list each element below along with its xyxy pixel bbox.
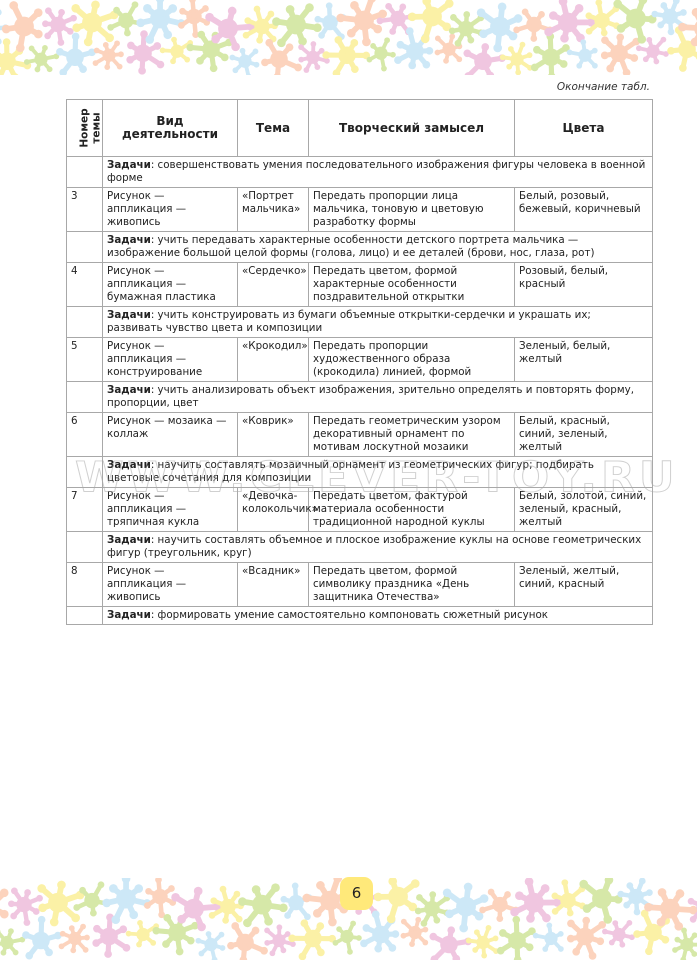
theme-cell: «Сердечко» [238,263,309,307]
empty-number-cell [67,607,103,625]
task-text: : совершенствовать умения последовательн… [107,159,645,184]
activity-cell: Рисунок — аппликация — живопись [103,188,238,232]
colors-cell: Белый, розовый, бежевый, коричневый [515,188,653,232]
empty-number-cell [67,157,103,188]
task-label: Задачи [107,234,151,246]
task-label: Задачи [107,609,151,621]
topic-number: 8 [67,563,103,607]
task-label: Задачи [107,384,151,396]
creative-idea-cell: Передать цветом, формой символику праздн… [309,563,515,607]
theme-cell: «Крокодил» [238,338,309,382]
topic-number: 5 [67,338,103,382]
task-description: Задачи: научить составлять объемное и пл… [103,532,653,563]
lesson-row: 7Рисунок — аппликация — тряпичная кукла«… [67,488,653,532]
activity-cell: Рисунок — аппликация — тряпичная кукла [103,488,238,532]
header-theme: Тема [238,100,309,157]
header-creative-idea: Творческий замысел [309,100,515,157]
theme-cell: «Коврик» [238,413,309,457]
task-text: : научить составлять мозаичный орнамент … [107,459,594,484]
creative-idea-cell: Передать пропорции художественного образ… [309,338,515,382]
task-row: Задачи: учить передавать характерные осо… [67,232,653,263]
empty-number-cell [67,457,103,488]
colors-cell: Розовый, белый, красный [515,263,653,307]
task-description: Задачи: формировать умение самостоятельн… [103,607,653,625]
lesson-row: 6Рисунок — мозаика — коллаж«Коврик»Перед… [67,413,653,457]
page-number: 6 [340,877,373,910]
activity-cell: Рисунок — аппликация — конструирование [103,338,238,382]
topic-number: 7 [67,488,103,532]
task-row: Задачи: учить конструировать из бумаги о… [67,307,653,338]
task-row: Задачи: формировать умение самостоятельн… [67,607,653,625]
creative-idea-cell: Передать пропорции лица мальчика, тонову… [309,188,515,232]
empty-number-cell [67,307,103,338]
task-label: Задачи [107,309,151,321]
task-text: : научить составлять объемное и плоское … [107,534,641,559]
lesson-row: 5Рисунок — аппликация — конструирование«… [67,338,653,382]
lesson-row: 4Рисунок — аппликация — бумажная пластик… [67,263,653,307]
topic-number: 6 [67,413,103,457]
lesson-row: 8Рисунок — аппликация — живопись«Всадник… [67,563,653,607]
task-row: Задачи: научить составлять объемное и пл… [67,532,653,563]
task-label: Задачи [107,534,151,546]
task-text: : формировать умение самостоятельно комп… [151,609,548,621]
task-text: : учить анализировать объект изображения… [107,384,634,409]
task-row: Задачи: учить анализировать объект изобр… [67,382,653,413]
creative-idea-cell: Передать цветом, фактурой материала особ… [309,488,515,532]
task-row: Задачи: научить составлять мозаичный орн… [67,457,653,488]
task-description: Задачи: учить передавать характерные осо… [103,232,653,263]
activity-cell: Рисунок — аппликация — живопись [103,563,238,607]
header-activity: Вид деятельности [103,100,238,157]
activity-cell: Рисунок — мозаика — коллаж [103,413,238,457]
table-header-row: Номертемы Вид деятельности Тема Творческ… [67,100,653,157]
task-description: Задачи: учить анализировать объект изобр… [103,382,653,413]
header-colors: Цвета [515,100,653,157]
theme-cell: «Портрет мальчика» [238,188,309,232]
topic-number: 3 [67,188,103,232]
task-text: : учить передавать характерные особеннос… [107,234,594,259]
colors-cell: Зеленый, белый, желтый [515,338,653,382]
colors-cell: Белый, золотой, синий, зеленый, красный,… [515,488,653,532]
task-description: Задачи: совершенствовать умения последов… [103,157,653,188]
creative-idea-cell: Передать цветом, формой характерные особ… [309,263,515,307]
task-label: Задачи [107,159,151,171]
theme-cell: «Девочка-колокольчик» [238,488,309,532]
task-row: Задачи: совершенствовать умения последов… [67,157,653,188]
lesson-row: 3Рисунок — аппликация — живопись«Портрет… [67,188,653,232]
activity-cell: Рисунок — аппликация — бумажная пластика [103,263,238,307]
empty-number-cell [67,532,103,563]
theme-cell: «Всадник» [238,563,309,607]
task-label: Задачи [107,459,151,471]
empty-number-cell [67,382,103,413]
table-continuation-caption: Окончание табл. [557,81,650,93]
colors-cell: Зеленый, желтый, синий, красный [515,563,653,607]
empty-number-cell [67,232,103,263]
task-description: Задачи: научить составлять мозаичный орн… [103,457,653,488]
creative-idea-cell: Передать геометрическим узором декоратив… [309,413,515,457]
topic-number: 4 [67,263,103,307]
task-description: Задачи: учить конструировать из бумаги о… [103,307,653,338]
lesson-plan-table: Номертемы Вид деятельности Тема Творческ… [66,99,653,625]
colors-cell: Белый, красный, синий, зеленый, желтый [515,413,653,457]
task-text: : учить конструировать из бумаги объемны… [107,309,591,334]
paint-splash-border-top [0,0,697,75]
header-topic-number-label: Номертемы [79,108,103,147]
header-topic-number: Номертемы [67,100,103,157]
